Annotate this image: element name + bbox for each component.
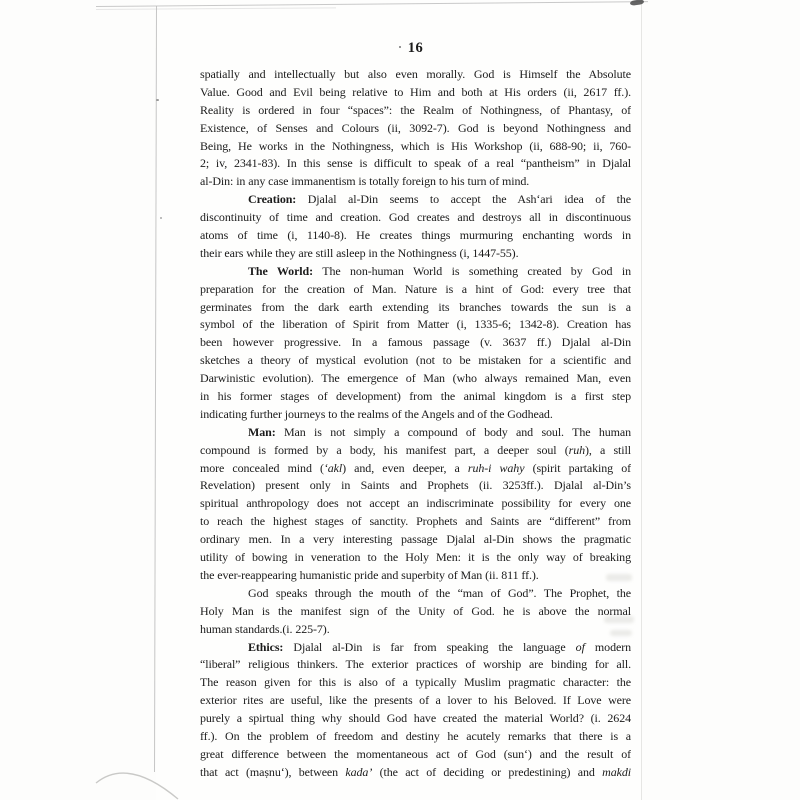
text-line: germinates from the dark earth extending… [200, 299, 631, 317]
text-line: utility of bowing in veneration to the H… [200, 549, 631, 567]
text-line: Holy Man is the manifest sign of the Uni… [200, 603, 631, 621]
text-line: great difference between the momentaneou… [200, 746, 631, 764]
text-line: more concealed mind (‘akl) and, even dee… [200, 460, 631, 478]
text-line: 2; iv, 2341-83). In this sense is diffic… [200, 155, 631, 173]
page-corner-curl-mark [90, 755, 185, 800]
text-line: to reach the highest stages of sanctity.… [200, 513, 631, 531]
ink-speck [156, 99, 159, 101]
text-line: The World: The non-human World is someth… [200, 263, 631, 281]
text-line: spiritual anthropology does not accept a… [200, 495, 631, 513]
text-line: atoms of time (i, 1140-8). He creates th… [200, 227, 631, 245]
text-line: spatially and intellectually but also ev… [200, 66, 631, 84]
text-line: that act (maṣnu‘), between kada’ (the ac… [200, 764, 631, 782]
text-line: Reality is ordered in four “spaces”: the… [200, 102, 631, 120]
text-line: exterior rites are useful, like the pres… [200, 692, 631, 710]
text-line: Being, He works in the Nothingness, whic… [200, 138, 631, 156]
text-line: Value. Good and Evil being relative to H… [200, 84, 631, 102]
text-line: The reason given for this is also of a t… [200, 674, 631, 692]
text-line: symbol of the liberation of Spirit from … [200, 316, 631, 334]
text-line: ff.). On the problem of freedom and dest… [200, 728, 631, 746]
ink-speck [160, 217, 162, 219]
text-line: Man: Man is not simply a compound of bod… [200, 424, 631, 442]
scanned-book-page: 16 spatially and intellectually but also… [0, 0, 800, 800]
text-line: been however progressive. In a famous pa… [200, 334, 631, 352]
text-line: their ears while they are still asleep i… [200, 245, 631, 263]
text-line: Existence, of Senses and Colours (ii, 30… [200, 120, 631, 138]
text-line: Darwinistic evolution). The emergence of… [200, 370, 631, 388]
text-line: Revelation) present only in Saints and P… [200, 477, 631, 495]
text-line: God speaks through the mouth of the “man… [200, 585, 631, 603]
text-line: the ever-reappearing humanistic pride an… [200, 567, 631, 585]
text-line: Ethics: Djalal al-Din is far from speaki… [200, 639, 631, 657]
text-line: purely a spirtual thing why should God h… [200, 710, 631, 728]
text-line: “liberal” religious thinkers. The exteri… [200, 656, 631, 674]
text-line: al-Din: in any case immanentism is total… [200, 173, 631, 191]
text-line: human standards.(i. 225-7). [200, 621, 631, 639]
text-line: ordinary men. In a very interesting pass… [200, 531, 631, 549]
page-right-edge-line [641, 0, 642, 800]
text-line: discontinuity of time and creation. God … [200, 209, 631, 227]
page-text-block: spatially and intellectually but also ev… [200, 66, 631, 782]
text-line: sketches a theory of mystical evolution … [200, 352, 631, 370]
text-line: indicating further journeys to the realm… [200, 406, 631, 424]
text-line: preparation for the creation of Man. Nat… [200, 281, 631, 299]
page-number: 16 [200, 40, 631, 57]
text-line: in his former stages of development) fro… [200, 388, 631, 406]
text-line: compound is formed by a body, his manife… [200, 442, 631, 460]
text-line: Creation: Djalal al-Din seems to accept … [200, 191, 631, 209]
